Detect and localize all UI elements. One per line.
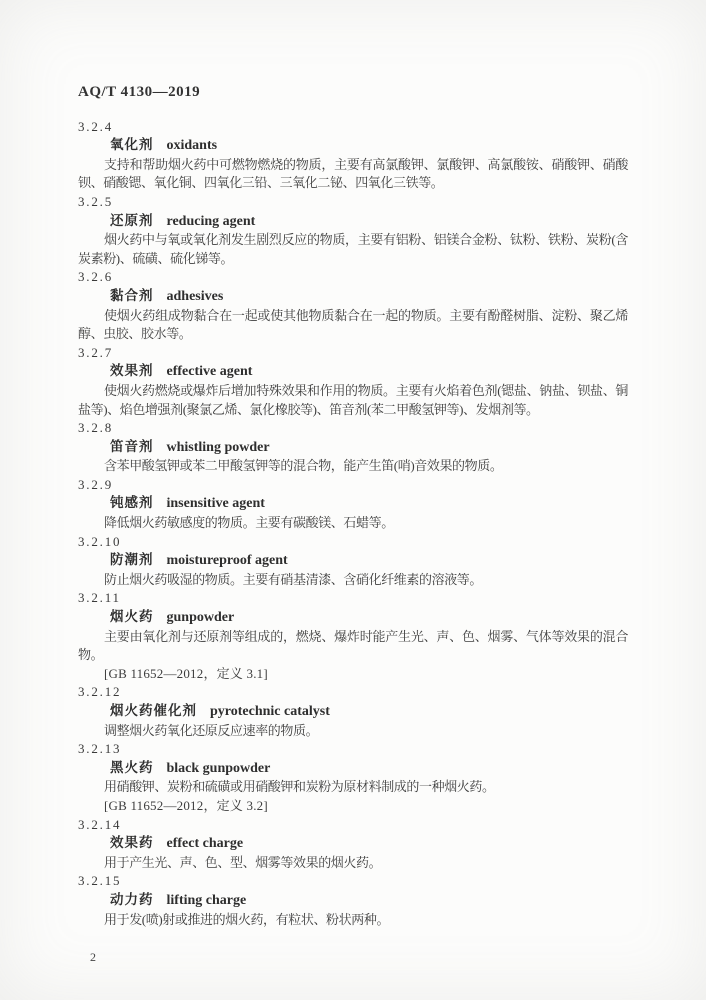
term-english: whistling powder: [167, 440, 270, 455]
term-english: effect charge: [167, 836, 244, 851]
term-chinese: 烟火药: [110, 609, 154, 624]
term-line: 黑火药black gunpowder: [78, 759, 628, 779]
definitions-list: 3.2.4 氧化剂oxidants 支持和帮助烟火药中可燃物燃烧的物质，主要有高…: [78, 118, 628, 930]
term-line: 氧化剂oxidants: [78, 136, 628, 156]
section-number: 3.2.7: [78, 344, 628, 363]
term-line: 钝感剂insensitive agent: [78, 494, 628, 514]
term-section: 3.2.12 烟火药催化剂pyrotechnic catalyst 调整烟火药氧…: [78, 683, 628, 740]
term-line: 烟火药催化剂pyrotechnic catalyst: [78, 702, 628, 722]
term-section: 3.2.14 效果药effect charge 用于产生光、声、色、型、烟雾等效…: [78, 816, 628, 873]
standard-code-header: AQ/T 4130—2019: [78, 83, 628, 102]
term-line: 黏合剂adhesives: [78, 287, 628, 307]
term-line: 动力药lifting charge: [78, 891, 628, 911]
page-number: 2: [90, 948, 628, 966]
term-definition: 防止烟火药吸湿的物质。主要有硝基清漆、含硝化纤维素的溶液等。: [78, 571, 628, 590]
term-definition: 含苯甲酸氢钾或苯二甲酸氢钾等的混合物，能产生笛(哨)音效果的物质。: [78, 457, 628, 476]
term-section: 3.2.8 笛音剂whistling powder 含苯甲酸氢钾或苯二甲酸氢钾等…: [78, 419, 628, 476]
term-chinese: 动力药: [110, 892, 154, 907]
term-chinese: 防潮剂: [110, 552, 154, 567]
section-number: 3.2.11: [78, 589, 628, 608]
term-english: pyrotechnic catalyst: [210, 704, 330, 719]
term-definition: 调整烟火药氧化还原反应速率的物质。: [78, 722, 628, 741]
term-definition: 烟火药中与氧或氧化剂发生剧烈反应的物质，主要有铝粉、铝镁合金粉、钛粉、铁粉、炭粉…: [78, 231, 628, 268]
term-chinese: 笛音剂: [110, 439, 154, 454]
term-english: reducing agent: [167, 214, 256, 229]
term-english: moistureproof agent: [167, 553, 288, 568]
term-chinese: 烟火药催化剂: [110, 703, 197, 718]
section-number: 3.2.14: [78, 816, 628, 835]
term-definition: 使烟火药燃烧或爆炸后增加特殊效果和作用的物质。主要有火焰着色剂(锶盐、钠盐、钡盐…: [78, 382, 628, 419]
section-number: 3.2.13: [78, 740, 628, 759]
term-section: 3.2.11 烟火药gunpowder 主要由氧化剂与还原剂等组成的，燃烧、爆炸…: [78, 589, 628, 683]
term-english: insensitive agent: [167, 496, 265, 511]
term-definition: 支持和帮助烟火药中可燃物燃烧的物质，主要有高氯酸钾、氯酸钾、高氯酸铵、硝酸钾、硝…: [78, 156, 628, 193]
section-number: 3.2.8: [78, 419, 628, 438]
document-page: AQ/T 4130—2019 3.2.4 氧化剂oxidants 支持和帮助烟火…: [0, 0, 706, 1000]
term-line: 还原剂reducing agent: [78, 212, 628, 232]
section-number: 3.2.15: [78, 872, 628, 891]
section-number: 3.2.5: [78, 193, 628, 212]
term-section: 3.2.9 钝感剂insensitive agent 降低烟火药敏感度的物质。主…: [78, 476, 628, 533]
term-section: 3.2.7 效果剂effective agent 使烟火药燃烧或爆炸后增加特殊效…: [78, 344, 628, 419]
term-english: gunpowder: [167, 610, 235, 625]
term-definition: 主要由氧化剂与还原剂等组成的，燃烧、爆炸时能产生光、声、色、烟雾、气体等效果的混…: [78, 628, 628, 665]
term-definition: 降低烟火药敏感度的物质。主要有碳酸镁、石蜡等。: [78, 514, 628, 533]
term-line: 效果药effect charge: [78, 834, 628, 854]
term-line: 笛音剂whistling powder: [78, 438, 628, 458]
term-section: 3.2.13 黑火药black gunpowder 用硝酸钾、炭粉和硫磺或用硝酸…: [78, 740, 628, 815]
term-english: adhesives: [167, 289, 224, 304]
term-chinese: 效果剂: [110, 363, 154, 378]
term-english: lifting charge: [167, 893, 247, 908]
term-definition: 使烟火药组成物黏合在一起或使其他物质黏合在一起的物质。主要有酚醛树脂、淀粉、聚乙…: [78, 307, 628, 344]
term-section: 3.2.4 氧化剂oxidants 支持和帮助烟火药中可燃物燃烧的物质，主要有高…: [78, 118, 628, 193]
term-chinese: 黏合剂: [110, 288, 154, 303]
term-chinese: 黑火药: [110, 760, 154, 775]
term-english: effective agent: [167, 364, 253, 379]
term-definition: 用硝酸钾、炭粉和硫磺或用硝酸钾和炭粉为原材料制成的一种烟火药。: [78, 778, 628, 797]
term-english: black gunpowder: [167, 761, 271, 776]
term-english: oxidants: [167, 138, 218, 153]
term-line: 烟火药gunpowder: [78, 608, 628, 628]
term-section: 3.2.6 黏合剂adhesives 使烟火药组成物黏合在一起或使其他物质黏合在…: [78, 268, 628, 343]
term-reference: [GB 11652—2012，定义 3.2]: [78, 797, 628, 816]
section-number: 3.2.12: [78, 683, 628, 702]
term-reference: [GB 11652—2012，定义 3.1]: [78, 665, 628, 684]
section-number: 3.2.9: [78, 476, 628, 495]
term-chinese: 钝感剂: [110, 495, 154, 510]
section-number: 3.2.6: [78, 268, 628, 287]
term-section: 3.2.5 还原剂reducing agent 烟火药中与氧或氧化剂发生剧烈反应…: [78, 193, 628, 268]
term-chinese: 还原剂: [110, 213, 154, 228]
section-number: 3.2.10: [78, 533, 628, 552]
term-chinese: 氧化剂: [110, 137, 154, 152]
term-definition: 用于产生光、声、色、型、烟雾等效果的烟火药。: [78, 854, 628, 873]
term-line: 防潮剂moistureproof agent: [78, 551, 628, 571]
term-line: 效果剂effective agent: [78, 362, 628, 382]
section-number: 3.2.4: [78, 118, 628, 137]
term-section: 3.2.15 动力药lifting charge 用于发(喷)射或推进的烟火药，…: [78, 872, 628, 929]
term-section: 3.2.10 防潮剂moistureproof agent 防止烟火药吸湿的物质…: [78, 533, 628, 590]
term-definition: 用于发(喷)射或推进的烟火药，有粒状、粉状两种。: [78, 911, 628, 930]
term-chinese: 效果药: [110, 835, 154, 850]
